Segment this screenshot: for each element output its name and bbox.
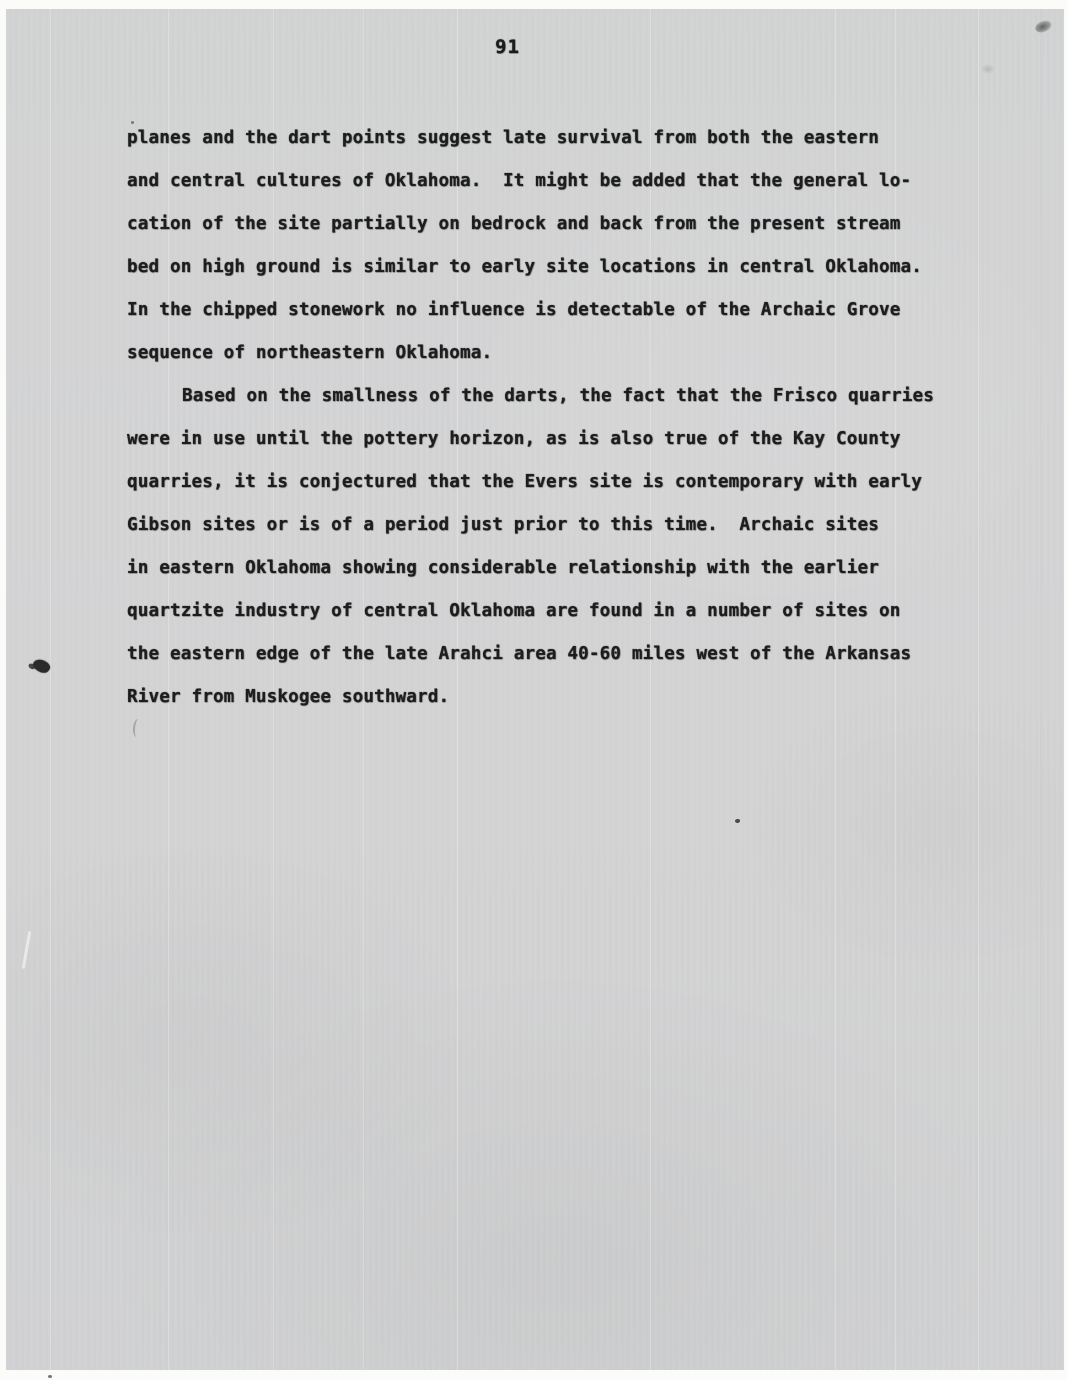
paper-crease [1040,9,1041,1370]
text-line: cation of the site partially on bedrock … [127,203,987,246]
text-line: In the chipped stonework no influence is… [127,289,987,332]
document-page: 91 planes and the dart points suggest la… [6,9,1064,1370]
ink-speck [48,1375,52,1378]
text-line: Based on the smallness of the darts, the… [127,375,987,418]
text-line: were in use until the pottery horizon, a… [127,418,987,461]
text-line: and central cultures of Oklahoma. It mig… [127,160,987,203]
ink-speck [735,819,740,823]
paper-scratch [22,931,32,969]
paragraph-1: planes and the dart points suggest late … [127,117,987,375]
text-line: in eastern Oklahoma showing considerable… [127,547,987,590]
ink-speck [131,121,134,124]
typewritten-text: planes and the dart points suggest late … [127,117,987,719]
paragraph-2: Based on the smallness of the darts, the… [127,375,987,719]
text-line: sequence of northeastern Oklahoma. [127,332,987,375]
ink-smudge-mark [981,64,995,74]
text-line: the eastern edge of the late Arahci area… [127,633,987,676]
text-line: Gibson sites or is of a period just prio… [127,504,987,547]
text-line: planes and the dart points suggest late … [127,117,987,160]
text-line: quartzite industry of central Oklahoma a… [127,590,987,633]
ink-blot-mark [31,656,52,675]
text-line: bed on high ground is similar to early s… [127,246,987,289]
faint-pen-mark [132,719,143,738]
text-line: River from Muskogee southward. [127,676,987,719]
page-number: 91 [495,36,520,58]
text-line: quarries, it is conjectured that the Eve… [127,461,987,504]
paper-crease [50,9,51,1370]
ink-smudge-mark [1034,18,1054,35]
